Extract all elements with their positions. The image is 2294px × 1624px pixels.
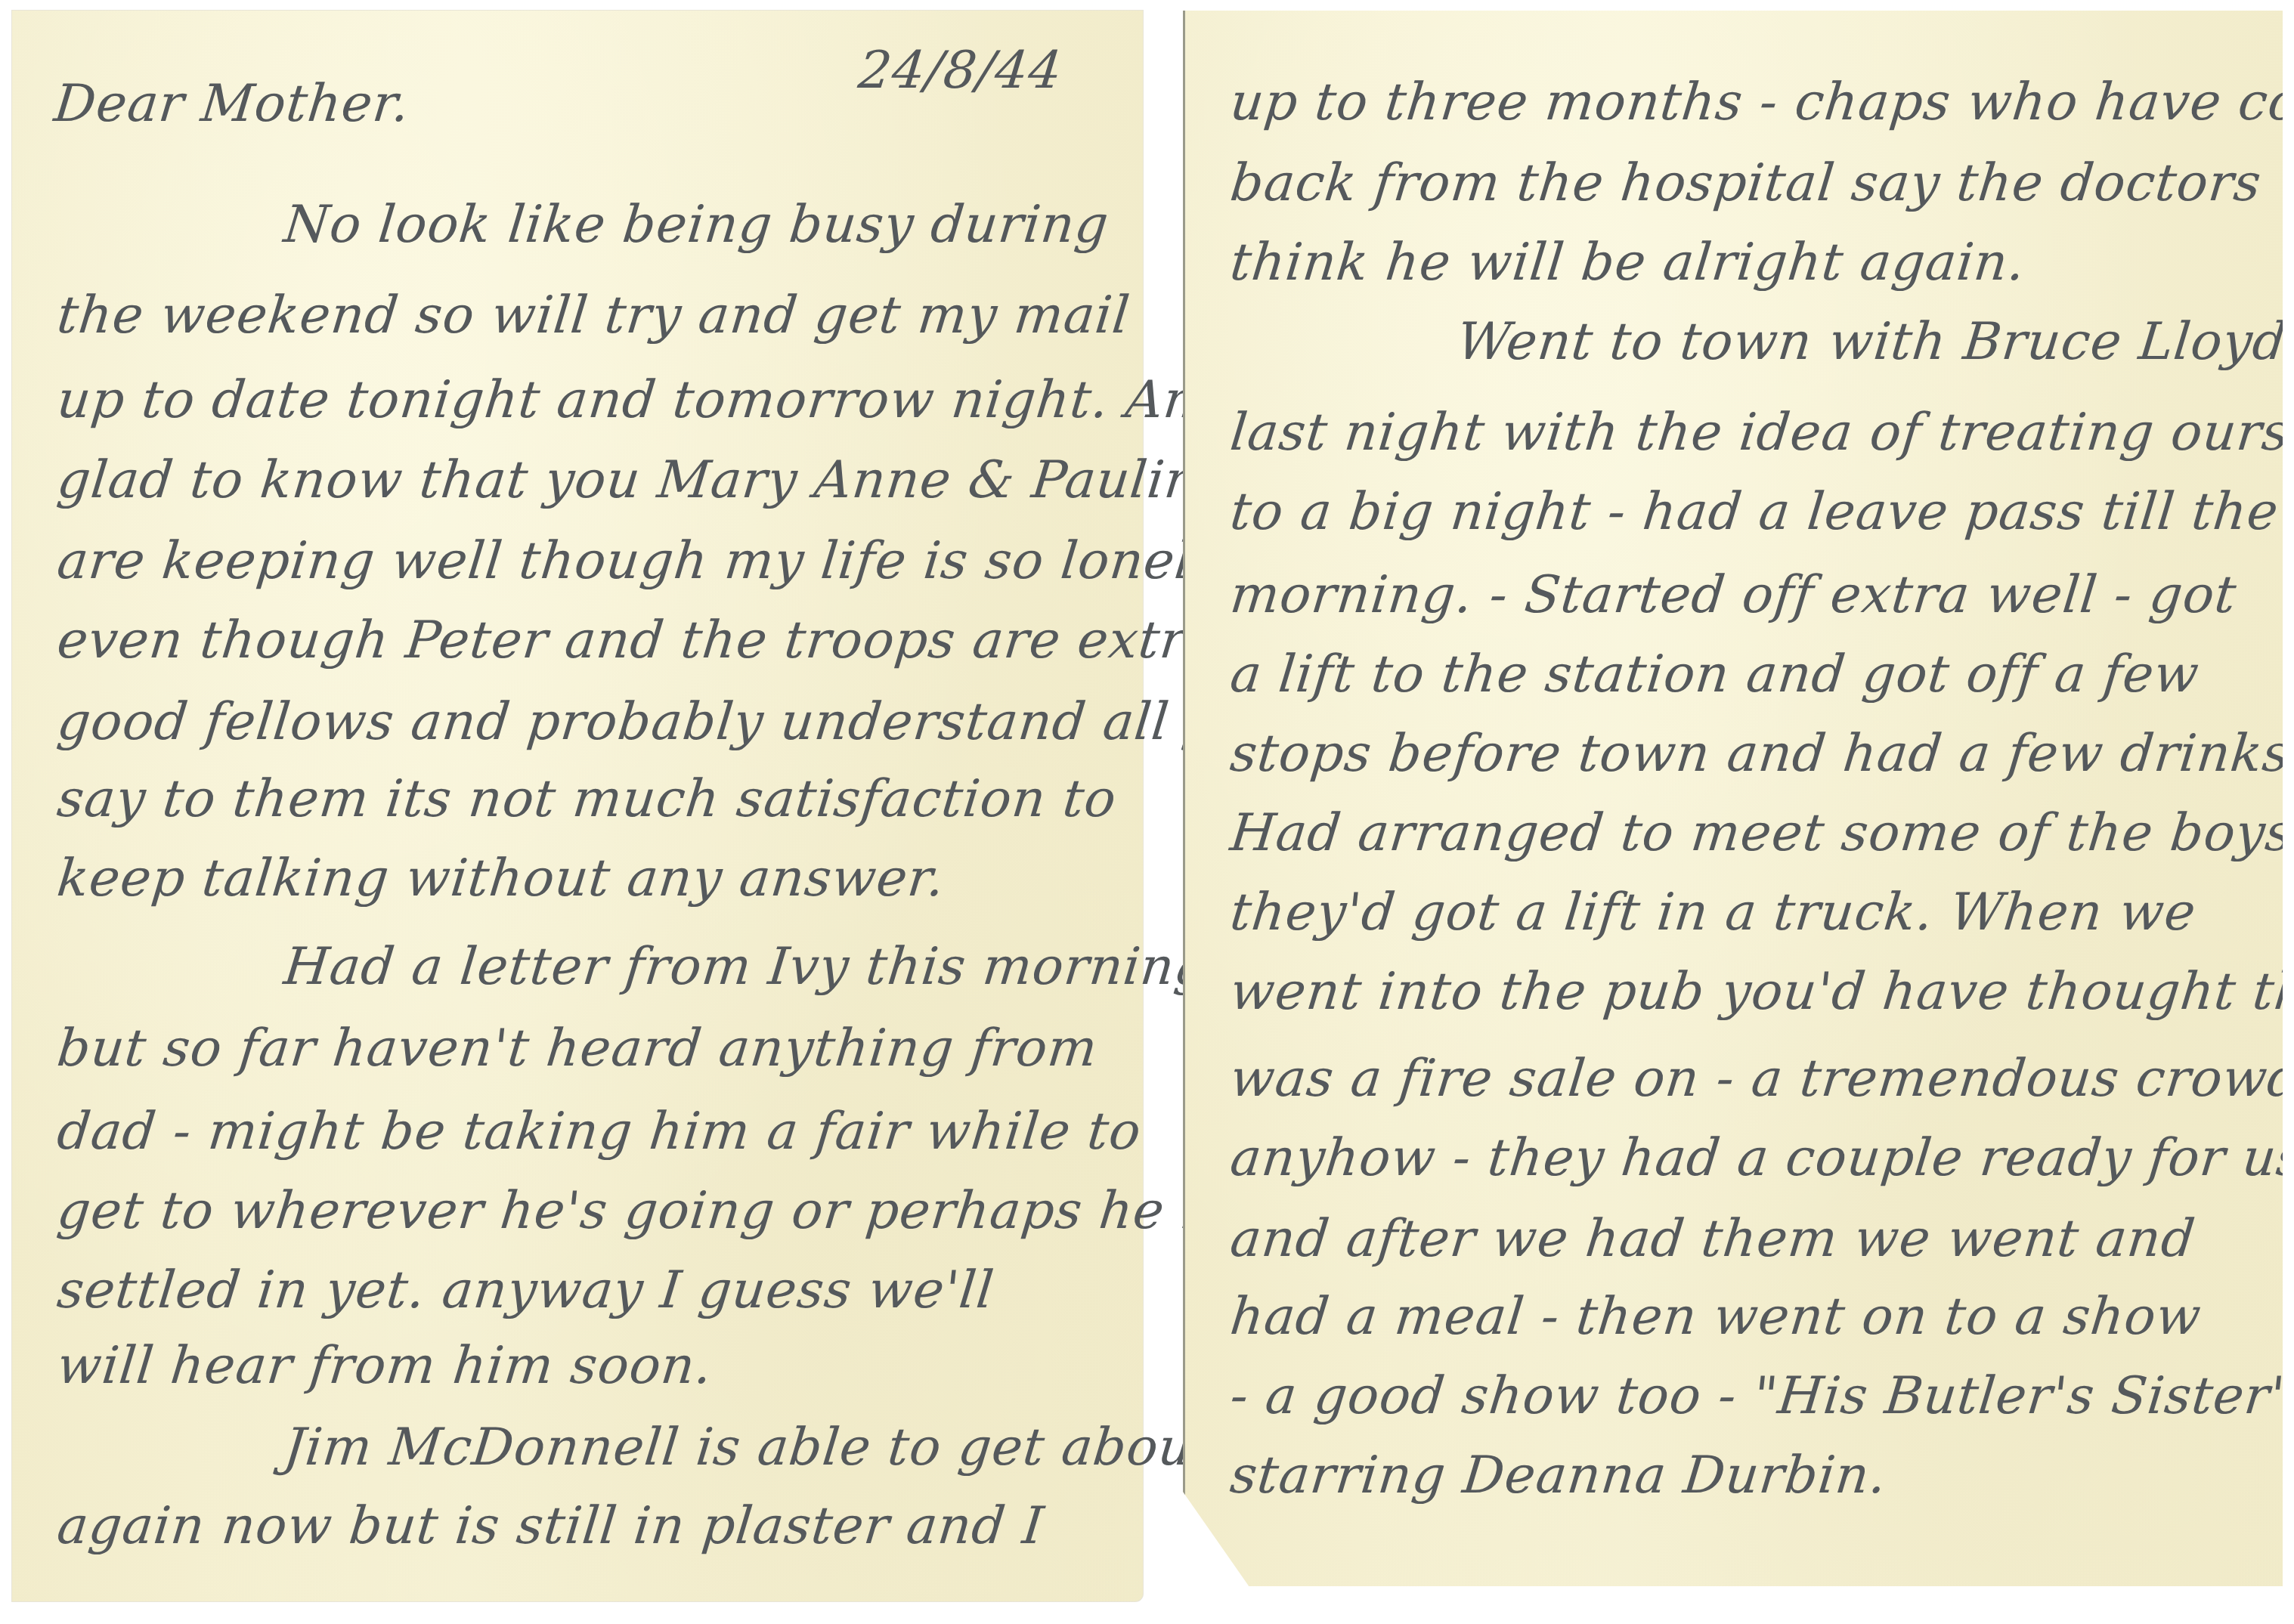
letter-line: glad to know that you Mary Anne & Paulin…: [54, 455, 1232, 506]
letter-page-right: up to three months - chaps who have come…: [1183, 11, 2283, 1586]
letter-line: Went to town with Bruce Lloyd: [1454, 317, 2289, 368]
letter-line: even though Peter and the troops are ext…: [54, 615, 1219, 667]
letter-line: Jim McDonnell is able to get about: [281, 1422, 1216, 1474]
letter-line: get to wherever he's going or perhaps he…: [54, 1186, 1346, 1237]
letter-line: No look like being busy during: [281, 200, 1111, 251]
letter-line: a lift to the station and got off a few: [1227, 649, 2202, 701]
letter-line: - a good show too - "His Butler's Sister…: [1227, 1371, 2294, 1422]
letter-line: anyhow - they had a couple ready for us: [1227, 1133, 2294, 1184]
letter-date: 24/8/44: [856, 45, 1064, 97]
letter-line: up to three months - chaps who have come: [1227, 77, 2294, 128]
letter-line: starring Deanna Durbin.: [1227, 1450, 1889, 1502]
letter-line: to a big night - had a leave pass till t…: [1227, 487, 2280, 538]
letter-line: Had a letter from Ivy this morning: [281, 942, 1210, 993]
letter-line: settled in yet. anyway I guess we'll: [54, 1265, 996, 1316]
letter-line: keep talking without any answer.: [54, 853, 947, 905]
letter-salutation: Dear Mother.: [51, 79, 412, 130]
letter-line: went into the pub you'd have thought the…: [1227, 967, 2294, 1018]
letter-line: are keeping well though my life is so lo…: [54, 536, 1224, 587]
letter-line: up to date tonight and tomorrow night. A…: [54, 375, 1215, 426]
letter-line: and after we had them we went and: [1227, 1214, 2197, 1265]
letter-line: they'd got a lift in a truck. When we: [1227, 887, 2198, 939]
letter-line: say to them its not much satisfaction to: [54, 774, 1119, 825]
letter-line: last night with the idea of treating our…: [1227, 407, 2294, 459]
letter-line: dad - might be taking him a fair while t…: [54, 1106, 1144, 1158]
letter-line: Had arranged to meet some of the boys th…: [1227, 808, 2294, 859]
letter-line: but so far haven't heard anything from: [54, 1023, 1100, 1075]
letter-line: will hear from him soon.: [54, 1341, 714, 1392]
letter-line: think he will be alright again.: [1227, 237, 2027, 289]
letter-line: stops before town and had a few drinks.: [1227, 728, 2294, 780]
letter-line: again now but is still in plaster and I: [54, 1501, 1046, 1552]
letter-line: the weekend so will try and get my mail: [54, 290, 1132, 342]
letter-line: morning. - Started off extra well - got: [1227, 570, 2239, 621]
letter-line: had a meal - then went on to a show: [1227, 1291, 2203, 1343]
letter-page-left: 24/8/44 Dear Mother. No look like being …: [12, 11, 1143, 1601]
letter-line: back from the hospital say the doctors: [1227, 158, 2264, 209]
letter-line: was a fire sale on - a tremendous crowd.: [1227, 1053, 2294, 1105]
letter-line: good fellows and probably understand all…: [54, 697, 1283, 748]
